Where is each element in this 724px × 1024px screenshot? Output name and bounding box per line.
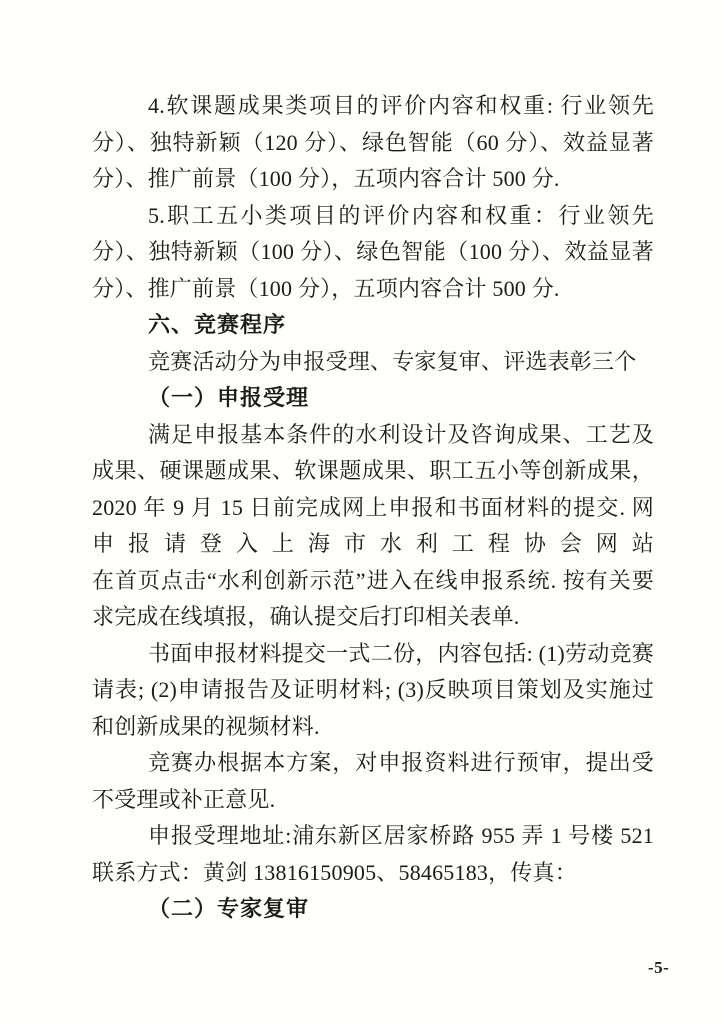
text-line: 满足申报基本条件的水利设计及咨询成果、工艺及工法 — [92, 417, 654, 454]
text-line: 不受理或补正意见. — [92, 782, 654, 819]
text-line: 求完成在线填报，确认提交后打印相关表单. — [92, 599, 654, 636]
text-line: 申报受理地址:浦东新区居家桥路 955 弄 1 号楼 521 室， — [92, 818, 654, 855]
heading-line: （二）专家复审 — [92, 891, 654, 928]
page-number: -5- — [648, 958, 669, 978]
text-line: 请表; (2)申请报告及证明材料; (3)反映项目策划及实施过程 — [92, 672, 654, 709]
text-line: 分）、推广前景（100 分），五项内容合计 500 分. — [92, 161, 654, 198]
heading-line: （一）申报受理 — [92, 380, 654, 417]
text-line: 分）、推广前景（100 分），五项内容合计 500 分. — [92, 271, 654, 308]
heading-line: 六、竞赛程序 — [92, 307, 654, 344]
text-line: 和创新成果的视频材料. — [92, 709, 654, 746]
text-line: 分）、独特新颖（100 分）、绿色智能（100 分）、效益显著（100 — [92, 234, 654, 271]
page-background: { "page": { "background_color": "#fffffe… — [0, 0, 724, 1024]
text-line: 竞赛活动分为申报受理、专家复审、评选表彰三个阶段. — [92, 344, 654, 381]
text-line: 竞赛办根据本方案，对申报资料进行预审，提出受理、 — [92, 745, 654, 782]
text-line: 分）、独特新颖（120 分）、绿色智能（60 分）、效益显著（100 — [92, 125, 654, 162]
text-line: 申报请登入上海市水利工程协会网站（www.swea.org.cn）， — [92, 526, 654, 563]
text-line: 5.职工五小类项目的评价内容和权重：行业领先（100 — [92, 198, 654, 235]
text-line: 2020 年 9 月 15 日前完成网上申报和书面材料的提交. 网上 — [92, 490, 654, 527]
document-page: 4.软课题成果类项目的评价内容和权重: 行业领先（120分）、独特新颖（120 … — [0, 0, 724, 1024]
text-line: 书面申报材料提交一式二份，内容包括: (1)劳动竞赛申 — [92, 636, 654, 673]
text-line: 联系方式：黄剑 13816150905、58465183，传真：58465183… — [92, 855, 654, 892]
text-line: 4.软课题成果类项目的评价内容和权重: 行业领先（120 — [92, 88, 654, 125]
document-body: 4.软课题成果类项目的评价内容和权重: 行业领先（120分）、独特新颖（120 … — [92, 88, 654, 928]
text-line: 在首页点击“水利创新示范”进入在线申报系统. 按有关要 — [92, 563, 654, 600]
text-line: 成果、硬课题成果、软课题成果、职工五小等创新成果，在 — [92, 453, 654, 490]
